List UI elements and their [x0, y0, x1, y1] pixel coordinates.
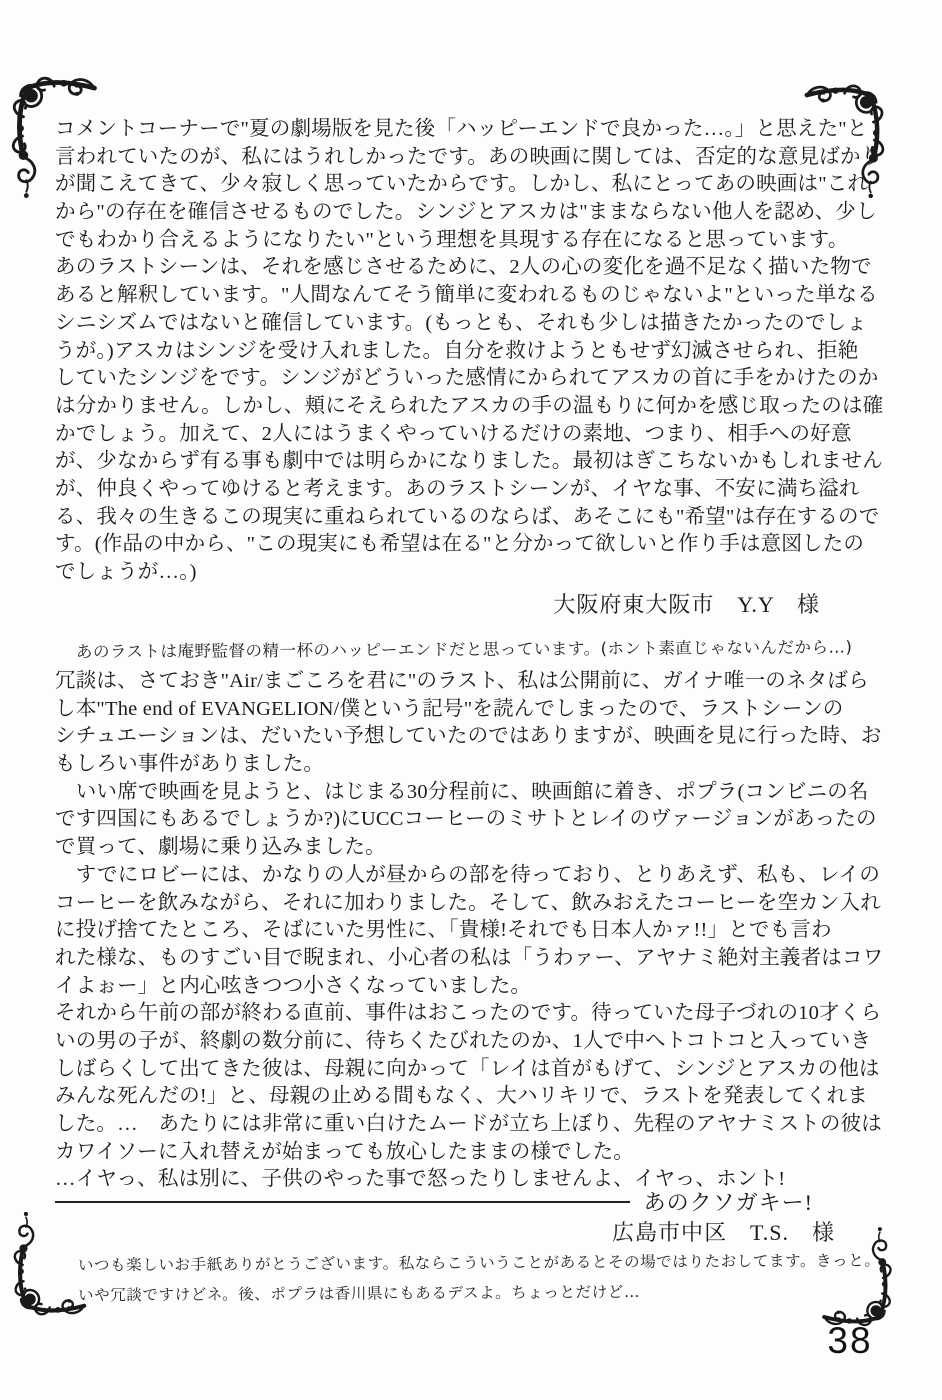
handwritten-editor-note-2: いつも楽しいお手紙ありがとうございます。私ならこういうことがあるとその場ではりた… [78, 1246, 881, 1311]
letter-line: コーヒーを飲みながら、それに加わりました。そして、飲みおえたコーヒーを空カン入れ [55, 890, 889, 918]
closing-remark: あのクソガキー! [644, 1186, 813, 1217]
letter-line: コメントコーナーで"夏の劇場版を見た後「ハッピーエンドで良かった…。」と思えた"… [55, 116, 889, 144]
letter-line: れた様な、ものすごい目で睨まれ、小心者の私は「うわァー、アヤナミ絶対主義者はコワ [55, 945, 889, 973]
letter-1-body: コメントコーナーで"夏の劇場版を見た後「ハッピーエンドで良かった…。」と思えた"… [55, 116, 889, 587]
letter-line: に投げ捨てたところ、そばにいた男性に、「貴様!それでも日本人かァ!!」とでも言わ [55, 917, 889, 945]
note-line: いや冗談ですけどネ。後、ポプラは香川県にもあるデスよ。ちょっとだけど… [78, 1276, 881, 1311]
letter-line: 言われていたのが、私にはうれしかったです。あの映画に関しては、否定的な意見ばかり [55, 144, 889, 172]
letter-line: しばらくして出てきた彼は、母親に向かって「レイは首がもげて、シンジとアスカの他は [55, 1056, 889, 1084]
letter-line: が聞こえてきて、少々寂しく思っていたからです。しかし、私にとってあの映画は"これ [55, 171, 889, 199]
letter-line: が、少なからず有る事も劇中では明らかになりました。最初はぎこちないかもしれません [55, 448, 889, 476]
letter-1-attribution: 大阪府東大阪市 Y.Y 様 [553, 588, 820, 619]
letter-line: シニシズムではないと確信しています。(もっとも、それも少しは描きたかったのでしょ [55, 310, 889, 338]
letter-line: は分かりません。しかし、頬にそえられたアスカの手の温もりに何かを感じ取ったのは確 [55, 393, 889, 421]
letter-line: イよぉー」と内心呟きつつ小さくなっていました。 [55, 973, 889, 1001]
letter-line: みんな死んだの!」と、母親の止める間もなく、大ハリキリで、ラストを発表してくれま [55, 1083, 889, 1111]
letter-line: それから午前の部が終わる直前、事件はおこったのです。待っていた母子づれの10才く… [55, 1000, 889, 1028]
letter-line: すでにロビーには、かなりの人が昼からの部を待っており、とりあえず、私も、レイの [55, 862, 889, 890]
scanned-fanzine-page: { "page": { "number": "38" }, "letter1":… [0, 0, 942, 1400]
page-number: 38 [800, 1320, 900, 1362]
letter-line: した。… あたりには非常に重い白けたムードが立ち上ぼり、先程のアヤナミストの彼は [55, 1111, 889, 1139]
letter-line: です四国にもあるでしょうか?)にUCCコーヒーのミサトとレイのヴァージョンがあっ… [55, 806, 889, 834]
letter-line: いい席で映画を見ようと、はじまる30分程前に、映画館に着き、ポプラ(コンビニの名 [55, 779, 889, 807]
letter-line: でしょうが…。) [55, 559, 889, 587]
letter-line: いの男の子が、終劇の数分前に、待ちくたびれたのか、1人で中へトコトコと入っていき [55, 1028, 889, 1056]
letter-line: カワイソーに入れ替えが始まっても放心したままの様でした。 [55, 1139, 889, 1167]
letter-line: が、仲良くやってゆけると考えます。あのラストシーンが、イヤな事、不安に満ち溢れ [55, 476, 889, 504]
divider-rule [55, 1201, 630, 1203]
letter-line: あると解釈しています。"人間なんてそう簡単に変われるものじゃないよ"といった単な… [55, 282, 889, 310]
handwritten-editor-note-1: あのラストは庵野監督の精一杯のハッピーエンドだと思っています。(ホント素直じゃな… [76, 634, 853, 663]
letter-line: し本"The end of EVANGELION/僕という記号"を読んでしまった… [55, 696, 889, 724]
letter-line: シチュエーションは、だいたい予想していたのではありますが、映画を見に行った時、お [55, 723, 889, 751]
letter-line: す。(作品の中から、"この現実にも希望は在る"と分かって欲しいと作り手は意図した… [55, 531, 889, 559]
letter-line: でもわかり合えるようになりたい"という理想を具現する存在になると思っています。 [55, 227, 889, 255]
letter-line: 冗談は、さておき"Air/まごころを君に"のラスト、私は公開前に、ガイナ唯一のネ… [55, 668, 889, 696]
note-line: いつも楽しいお手紙ありがとうございます。私ならこういうことがあるとその場ではりた… [78, 1246, 881, 1281]
letter-line: うが。)アスカはシンジを受け入れました。自分を救けようともせず幻滅させられ、拒絶 [55, 338, 889, 366]
letter-2-attribution: 広島市中区 T.S. 様 [612, 1216, 835, 1247]
letter-2-body: 冗談は、さておき"Air/まごころを君に"のラスト、私は公開前に、ガイナ唯一のネ… [55, 668, 889, 1194]
letter-line: で買って、劇場に乗り込みました。 [55, 834, 889, 862]
letter-line: る、我々の生きるこの現実に重ねられているのならば、あそこにも"希望"は存在するの… [55, 504, 889, 532]
letter-line: かでしょう。加えて、2人にはうまくやっていけるだけの素地、つまり、相手への好意 [55, 421, 889, 449]
letter-line: していたシンジをです。シンジがどういった感情にかられてアスカの首に手をかけたのか [55, 365, 889, 393]
letter-line: もしろい事件がありました。 [55, 751, 889, 779]
letter-line: あのラストシーンは、それを感じさせるために、2人の心の変化を過不足なく描いた物で [55, 254, 889, 282]
letter-line: から"の存在を確信させるものでした。シンジとアスカは"ままならない他人を認め、少… [55, 199, 889, 227]
closing-row: あのクソガキー! [55, 1186, 813, 1217]
